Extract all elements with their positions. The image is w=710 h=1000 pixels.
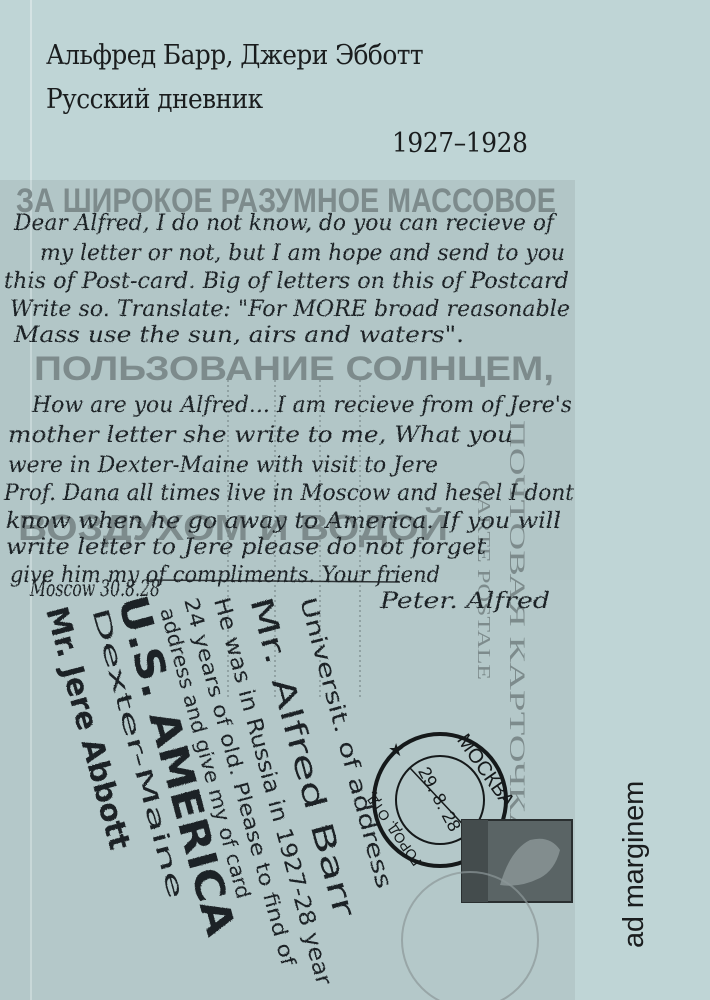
svg-text:Mass use the sun, airs and wat: Mass use the sun, airs and waters". — [13, 323, 464, 348]
book-years: 1927–1928 — [392, 128, 528, 159]
svg-text:know when he go away to Americ: know when he go away to America. If you … — [6, 509, 561, 534]
svg-text:my letter or not, but I am hop: my letter or not, but I am hope and send… — [40, 241, 565, 266]
book-title: Русский дневник — [46, 84, 263, 115]
book-authors: Альфред Барр, Джери Эбботт — [46, 40, 423, 71]
svg-text:mother letter she write to me,: mother letter she write to me, What you — [8, 423, 513, 448]
svg-text:★: ★ — [388, 740, 404, 761]
svg-text:ПОЛЬЗОВАНИЕ СОЛНЦЕМ,: ПОЛЬЗОВАНИЕ СОЛНЦЕМ, — [34, 350, 554, 388]
svg-text:Dear Alfred, I do not know, do: Dear Alfred, I do not know, do you can r… — [13, 211, 558, 236]
book-cover: Альфред Барр, Джери Эбботт Русский дневн… — [0, 0, 710, 1000]
postcard-image: ЗА ШИРОКОЕ РАЗУМНОЕ МАССОВОЕ ПОЛЬЗОВАНИЕ… — [0, 180, 575, 1000]
svg-text:were in Dexter-Maine with visi: were in Dexter-Maine with visit to Jere — [8, 453, 438, 478]
svg-text:Write so. Translate: "For MORE: Write so. Translate: "For MORE broad rea… — [10, 297, 570, 322]
publisher-name: ad marginem — [618, 781, 651, 948]
svg-text:How are you Alfred... I am rec: How are you Alfred... I am recieve from … — [31, 393, 572, 418]
svg-text:Prof. Dana all times live in M: Prof. Dana all times live in Moscow and … — [3, 481, 574, 506]
svg-text:this of Post-card. Big of lett: this of Post-card. Big of letters on thi… — [4, 269, 569, 294]
svg-text:Peter. Alfred: Peter. Alfred — [379, 589, 550, 614]
svg-text:write letter to Jere please do: write letter to Jere please do not forge… — [6, 535, 486, 560]
postcard-illustration: ЗА ШИРОКОЕ РАЗУМНОЕ МАССОВОЕ ПОЛЬЗОВАНИЕ… — [0, 180, 575, 1000]
